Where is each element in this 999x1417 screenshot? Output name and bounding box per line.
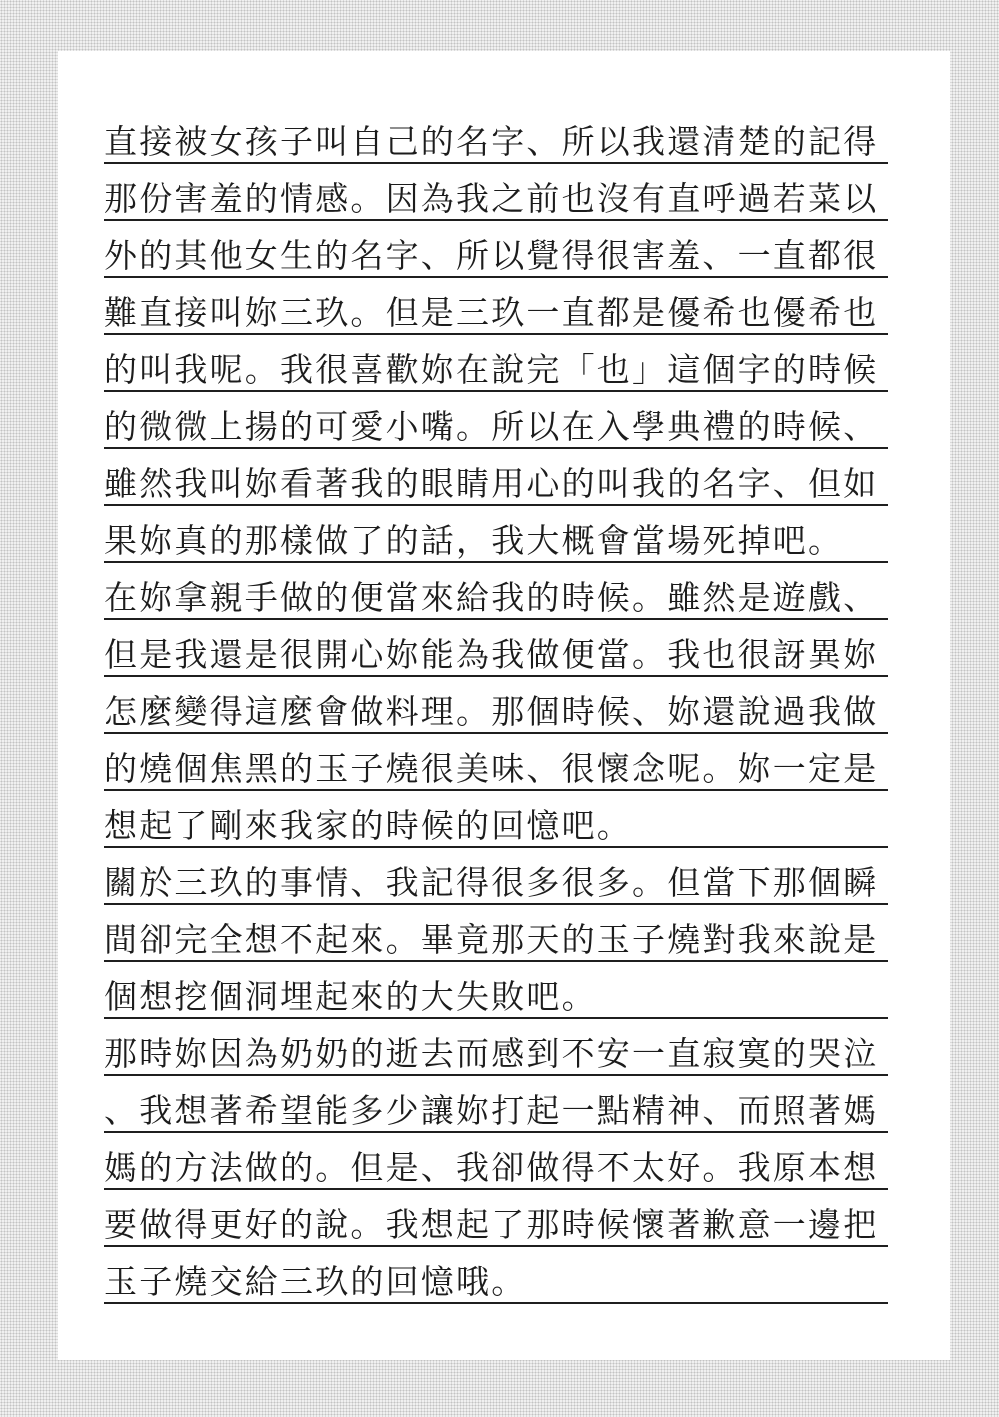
text-line: 直接被女孩子叫自己的名字、所以我還清楚的記得 <box>104 107 888 164</box>
text-line: 、我想著希望能多少讓妳打起一點精神、而照著媽 <box>104 1076 888 1133</box>
ruled-text-block: 直接被女孩子叫自己的名字、所以我還清楚的記得 那份害羞的情感。因為我之前也沒有直… <box>104 107 888 1304</box>
handwritten-text: 關於三玖的事情、我記得很多很多。但當下那個瞬 <box>104 866 878 903</box>
text-line: 的燒個焦黑的玉子燒很美味、很懷念呢。妳一定是 <box>104 734 888 791</box>
handwritten-text: 在妳拿親手做的便當來給我的時候。雖然是遊戲、 <box>104 581 878 618</box>
text-line: 想起了剛來我家的時候的回憶吧。 <box>104 791 888 848</box>
handwritten-text: 個想挖個洞埋起來的大失敗吧。 <box>104 980 597 1017</box>
text-line: 怎麼變得這麼會做料理。那個時候、妳還說過我做 <box>104 677 888 734</box>
text-line: 玉子燒交給三玖的回憶哦。 <box>104 1247 888 1304</box>
text-line: 那份害羞的情感。因為我之前也沒有直呼過若菜以 <box>104 164 888 221</box>
handwritten-text: 怎麼變得這麼會做料理。那個時候、妳還說過我做 <box>104 695 878 732</box>
handwritten-text: 的微微上揚的可愛小嘴。所以在入學典禮的時候、 <box>104 410 878 447</box>
handwritten-text: 、我想著希望能多少讓妳打起一點精神、而照著媽 <box>104 1094 878 1131</box>
text-line: 但是我還是很開心妳能為我做便當。我也很訝異妳 <box>104 620 888 677</box>
handwritten-text: 那份害羞的情感。因為我之前也沒有直呼過若菜以 <box>104 182 878 219</box>
handwritten-text: 果妳真的那樣做了的話，我大概會當場死掉吧。 <box>104 524 843 561</box>
handwritten-text: 玉子燒交給三玖的回憶哦。 <box>104 1265 526 1302</box>
text-line: 要做得更好的說。我想起了那時候懷著歉意一邊把 <box>104 1190 888 1247</box>
handwritten-text: 直接被女孩子叫自己的名字、所以我還清楚的記得 <box>104 125 878 162</box>
handwritten-text: 要做得更好的說。我想起了那時候懷著歉意一邊把 <box>104 1208 878 1245</box>
handwritten-text: 難直接叫妳三玖。但是三玖一直都是優希也優希也 <box>104 296 878 333</box>
text-line: 果妳真的那樣做了的話，我大概會當場死掉吧。 <box>104 506 888 563</box>
handwritten-text: 外的其他女生的名字、所以覺得很害羞、一直都很 <box>104 239 878 276</box>
text-line: 個想挖個洞埋起來的大失敗吧。 <box>104 962 888 1019</box>
text-line: 關於三玖的事情、我記得很多很多。但當下那個瞬 <box>104 848 888 905</box>
text-line: 難直接叫妳三玖。但是三玖一直都是優希也優希也 <box>104 278 888 335</box>
text-line: 雖然我叫妳看著我的眼睛用心的叫我的名字、但如 <box>104 449 888 506</box>
text-line: 那時妳因為奶奶的逝去而感到不安一直寂寞的哭泣 <box>104 1019 888 1076</box>
handwritten-text: 的燒個焦黑的玉子燒很美味、很懷念呢。妳一定是 <box>104 752 878 789</box>
handwritten-text: 那時妳因為奶奶的逝去而感到不安一直寂寞的哭泣 <box>104 1037 878 1074</box>
text-line: 的微微上揚的可愛小嘴。所以在入學典禮的時候、 <box>104 392 888 449</box>
handwritten-text: 間卻完全想不起來。畢竟那天的玉子燒對我來說是 <box>104 923 878 960</box>
text-line: 間卻完全想不起來。畢竟那天的玉子燒對我來說是 <box>104 905 888 962</box>
text-line: 外的其他女生的名字、所以覺得很害羞、一直都很 <box>104 221 888 278</box>
handwritten-text: 想起了剛來我家的時候的回憶吧。 <box>104 809 632 846</box>
text-line: 媽的方法做的。但是、我卻做得不太好。我原本想 <box>104 1133 888 1190</box>
scan-background: { "letter": { "lines": [ "直接被女孩子叫自己的名字、所… <box>0 0 999 1417</box>
text-line: 在妳拿親手做的便當來給我的時候。雖然是遊戲、 <box>104 563 888 620</box>
letter-page: 直接被女孩子叫自己的名字、所以我還清楚的記得 那份害羞的情感。因為我之前也沒有直… <box>58 51 950 1360</box>
handwritten-text: 媽的方法做的。但是、我卻做得不太好。我原本想 <box>104 1151 878 1188</box>
handwritten-text: 雖然我叫妳看著我的眼睛用心的叫我的名字、但如 <box>104 467 878 504</box>
text-line: 的叫我呢。我很喜歡妳在說完「也」這個字的時候 <box>104 335 888 392</box>
handwritten-text: 但是我還是很開心妳能為我做便當。我也很訝異妳 <box>104 638 878 675</box>
handwritten-text: 的叫我呢。我很喜歡妳在說完「也」這個字的時候 <box>104 353 878 390</box>
